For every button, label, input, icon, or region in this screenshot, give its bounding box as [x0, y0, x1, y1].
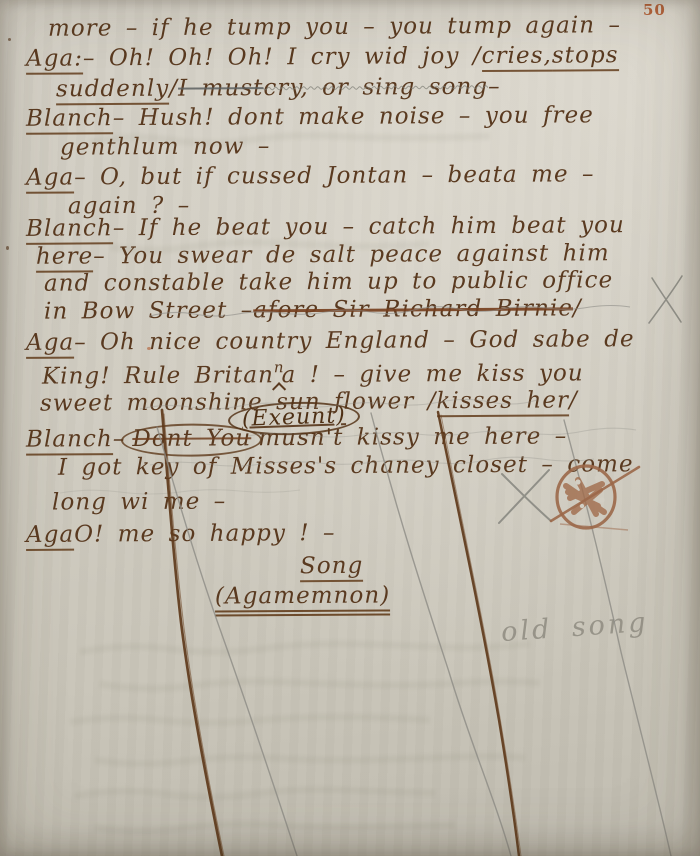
- handwritten-text: O! me so happy ! –: [74, 520, 335, 548]
- underlined-text: (Agamemnon): [215, 582, 390, 616]
- handwritten-text: – If he beat you – catch him beat you: [113, 212, 625, 241]
- handwritten-text: a ! – give me kiss you: [282, 360, 584, 388]
- handwritten-text: /: [569, 387, 578, 413]
- underlined-text: Song: [300, 553, 364, 582]
- struck-text: cry, or sing song: [263, 74, 488, 101]
- manuscript-line-19: Song: [300, 553, 364, 582]
- ink-speck: [6, 246, 9, 250]
- manuscript-text: more – if he tump you – you tump again –…: [0, 0, 700, 856]
- handwritten-text: genthlum now –: [60, 133, 271, 160]
- underlined-text: here: [36, 243, 93, 272]
- manuscript-line-5: genthlum now –: [60, 133, 271, 160]
- manuscript-line-11: in Bow Street – afore Sir Richard Birnie…: [44, 295, 582, 324]
- handwritten-text: – O, but if cussed Jontan – beata me –: [74, 161, 595, 190]
- manuscript-line-1: more – if he tump you – you tump again –: [48, 12, 621, 41]
- underlined-text: cries,: [482, 43, 552, 72]
- handwritten-text: – Hush! dont make noise – you free: [113, 102, 594, 131]
- underlined-text: stops: [552, 42, 619, 71]
- manuscript-line-6: Aga – O, but if cussed Jontan – beata me…: [26, 161, 595, 193]
- underlined-text: Blanch: [26, 215, 113, 245]
- manuscript-line-18: Aga O! me so happy ! –: [26, 520, 336, 551]
- manuscript-line-20: (Agamemnon): [215, 582, 390, 616]
- handwritten-text: –: [488, 74, 501, 100]
- underlined-text: Aga: [26, 164, 74, 193]
- handwritten-text: more – if he tump you – you tump again –: [48, 12, 621, 41]
- ink-speck: [8, 38, 11, 41]
- manuscript-page: 50 more – if he tump you – you tump agai…: [0, 0, 700, 856]
- handwritten-text: /: [169, 76, 178, 102]
- manuscript-line-2: Aga: – Oh! Oh! Oh! I cry wid joy /cries,…: [26, 42, 619, 75]
- handwritten-text: /: [573, 295, 582, 321]
- manuscript-line-3: suddenly/ I must cry, or sing song –: [56, 74, 501, 106]
- underlined-text: suddenly: [56, 76, 169, 106]
- handwritten-text: I got key of Misses's chaney closet – co…: [58, 451, 634, 481]
- underlined-text: Blanch: [26, 105, 113, 135]
- underlined-text: Aga:: [26, 45, 83, 74]
- manuscript-line-17: long wi me –: [52, 488, 226, 515]
- underlined-text: Blanch: [26, 426, 113, 456]
- manuscript-line-4: Blanch – Hush! dont make noise – you fre…: [26, 102, 594, 134]
- underlined-text: kisses her: [436, 387, 569, 417]
- handwritten-text: in Bow Street –: [44, 297, 253, 324]
- handwritten-text: – Oh! Oh! Oh! I cry wid joy /: [83, 43, 482, 71]
- struck-text: afore Sir Richard Birnie: [253, 295, 573, 323]
- handwritten-text: long wi me –: [52, 488, 226, 515]
- handwritten-text: – You swear de salt peace against him: [93, 240, 610, 269]
- manuscript-line-12: Aga – Oh nice country England – God sabe…: [26, 326, 635, 359]
- handwritten-text: and constable take him up to public offi…: [44, 267, 613, 296]
- struck-text: I must: [178, 75, 264, 102]
- manuscript-line-16: I got key of Misses's chaney closet – co…: [58, 451, 634, 481]
- handwritten-text: – Oh nice country England – God sabe de: [74, 326, 635, 355]
- underlined-text: Aga: [26, 330, 74, 359]
- manuscript-line-10: and constable take him up to public offi…: [44, 267, 613, 296]
- ink-speck: [147, 347, 151, 350]
- handwritten-text: King! Rule Britan: [42, 362, 274, 389]
- underlined-text: Aga: [26, 522, 74, 551]
